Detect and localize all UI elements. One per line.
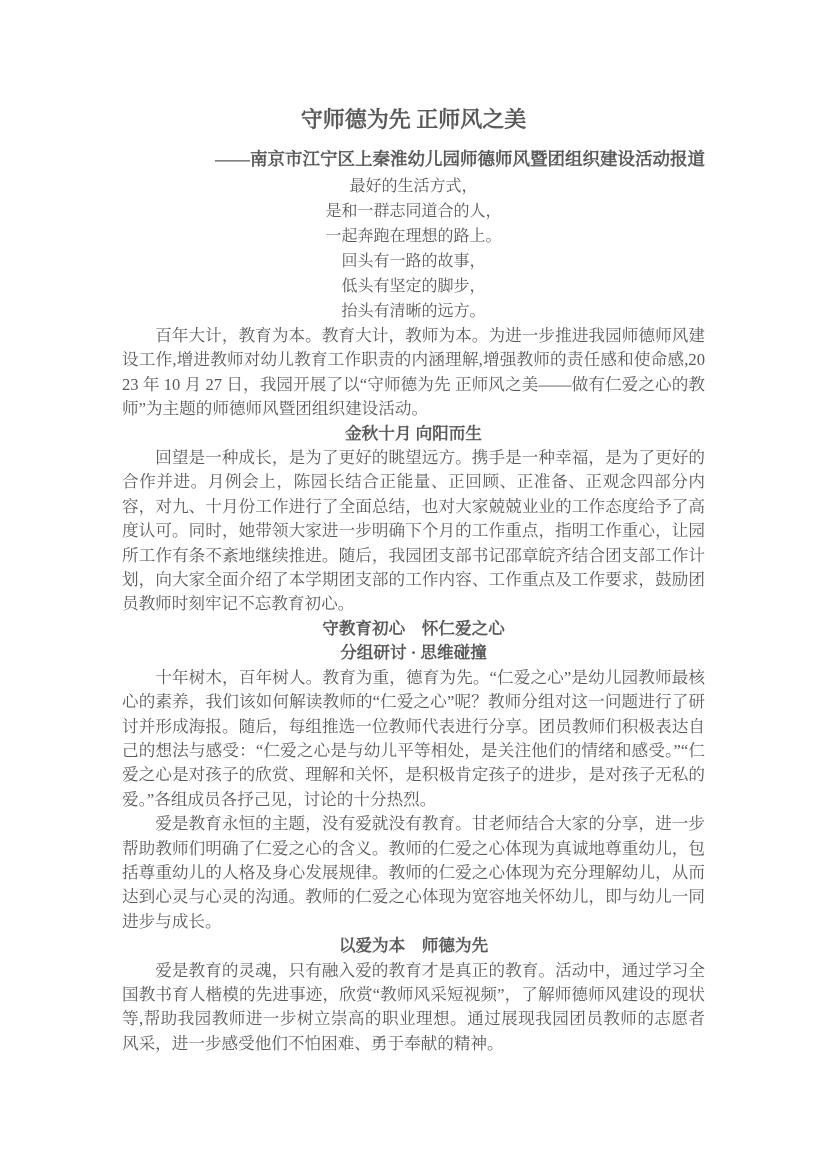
- document-title: 守师德为先 正师风之美: [122, 105, 705, 134]
- document-content: 守师德为先 正师风之美 ——南京市江宁区上秦淮幼儿园师德师风暨团组织建设活动报道…: [0, 0, 827, 1056]
- paragraph-intro: 百年大计，教育为本。教育大计，教师为本。为进一步推进我园师德师风建设工作,增进教…: [122, 324, 705, 422]
- poem-line: 抬头有清晰的远方。: [122, 299, 705, 324]
- document-page: 守师德为先 正师风之美 ——南京市江宁区上秦淮幼儿园师德师风暨团组织建设活动报道…: [0, 0, 827, 1170]
- section-heading-love-first: 以爱为本 师德为先: [122, 934, 705, 958]
- poem-block: 最好的生活方式， 是和一群志同道合的人， 一起奔跑在理想的路上。 回头有一路的故…: [122, 174, 705, 324]
- paragraph-love-theme: 爱是教育永恒的主题，没有爱就没有教育。甘老师结合大家的分享，进一步帮助教师们明确…: [122, 812, 705, 934]
- poem-line: 低头有坚定的脚步，: [122, 274, 705, 299]
- paragraph-group-discussion: 十年树木，百年树人。教育为重，德育为先。“仁爱之心”是幼儿园教师最核心的素养，我…: [122, 666, 705, 812]
- document-subtitle: ——南京市江宁区上秦淮幼儿园师德师风暨团组织建设活动报道: [122, 147, 705, 172]
- poem-line: 最好的生活方式，: [122, 174, 705, 199]
- section-heading-autumn: 金秋十月 向阳而生: [122, 422, 705, 446]
- section-heading-initial-heart: 守教育初心 怀仁爱之心: [122, 617, 705, 641]
- poem-line: 回头有一路的故事，: [122, 249, 705, 274]
- paragraph-monthly-meeting: 回望是一种成长，是为了更好的眺望远方。携手是一种幸福，是为了更好的合作并进。月例…: [122, 446, 705, 617]
- section-heading-group-discussion: 分组研讨 · 思维碰撞: [122, 641, 705, 665]
- poem-line: 一起奔跑在理想的路上。: [122, 224, 705, 249]
- poem-line: 是和一群志同道合的人，: [122, 199, 705, 224]
- paragraph-love-soul: 爱是教育的灵魂，只有融入爱的教育才是真正的教育。活动中，通过学习全国教书育人楷模…: [122, 959, 705, 1057]
